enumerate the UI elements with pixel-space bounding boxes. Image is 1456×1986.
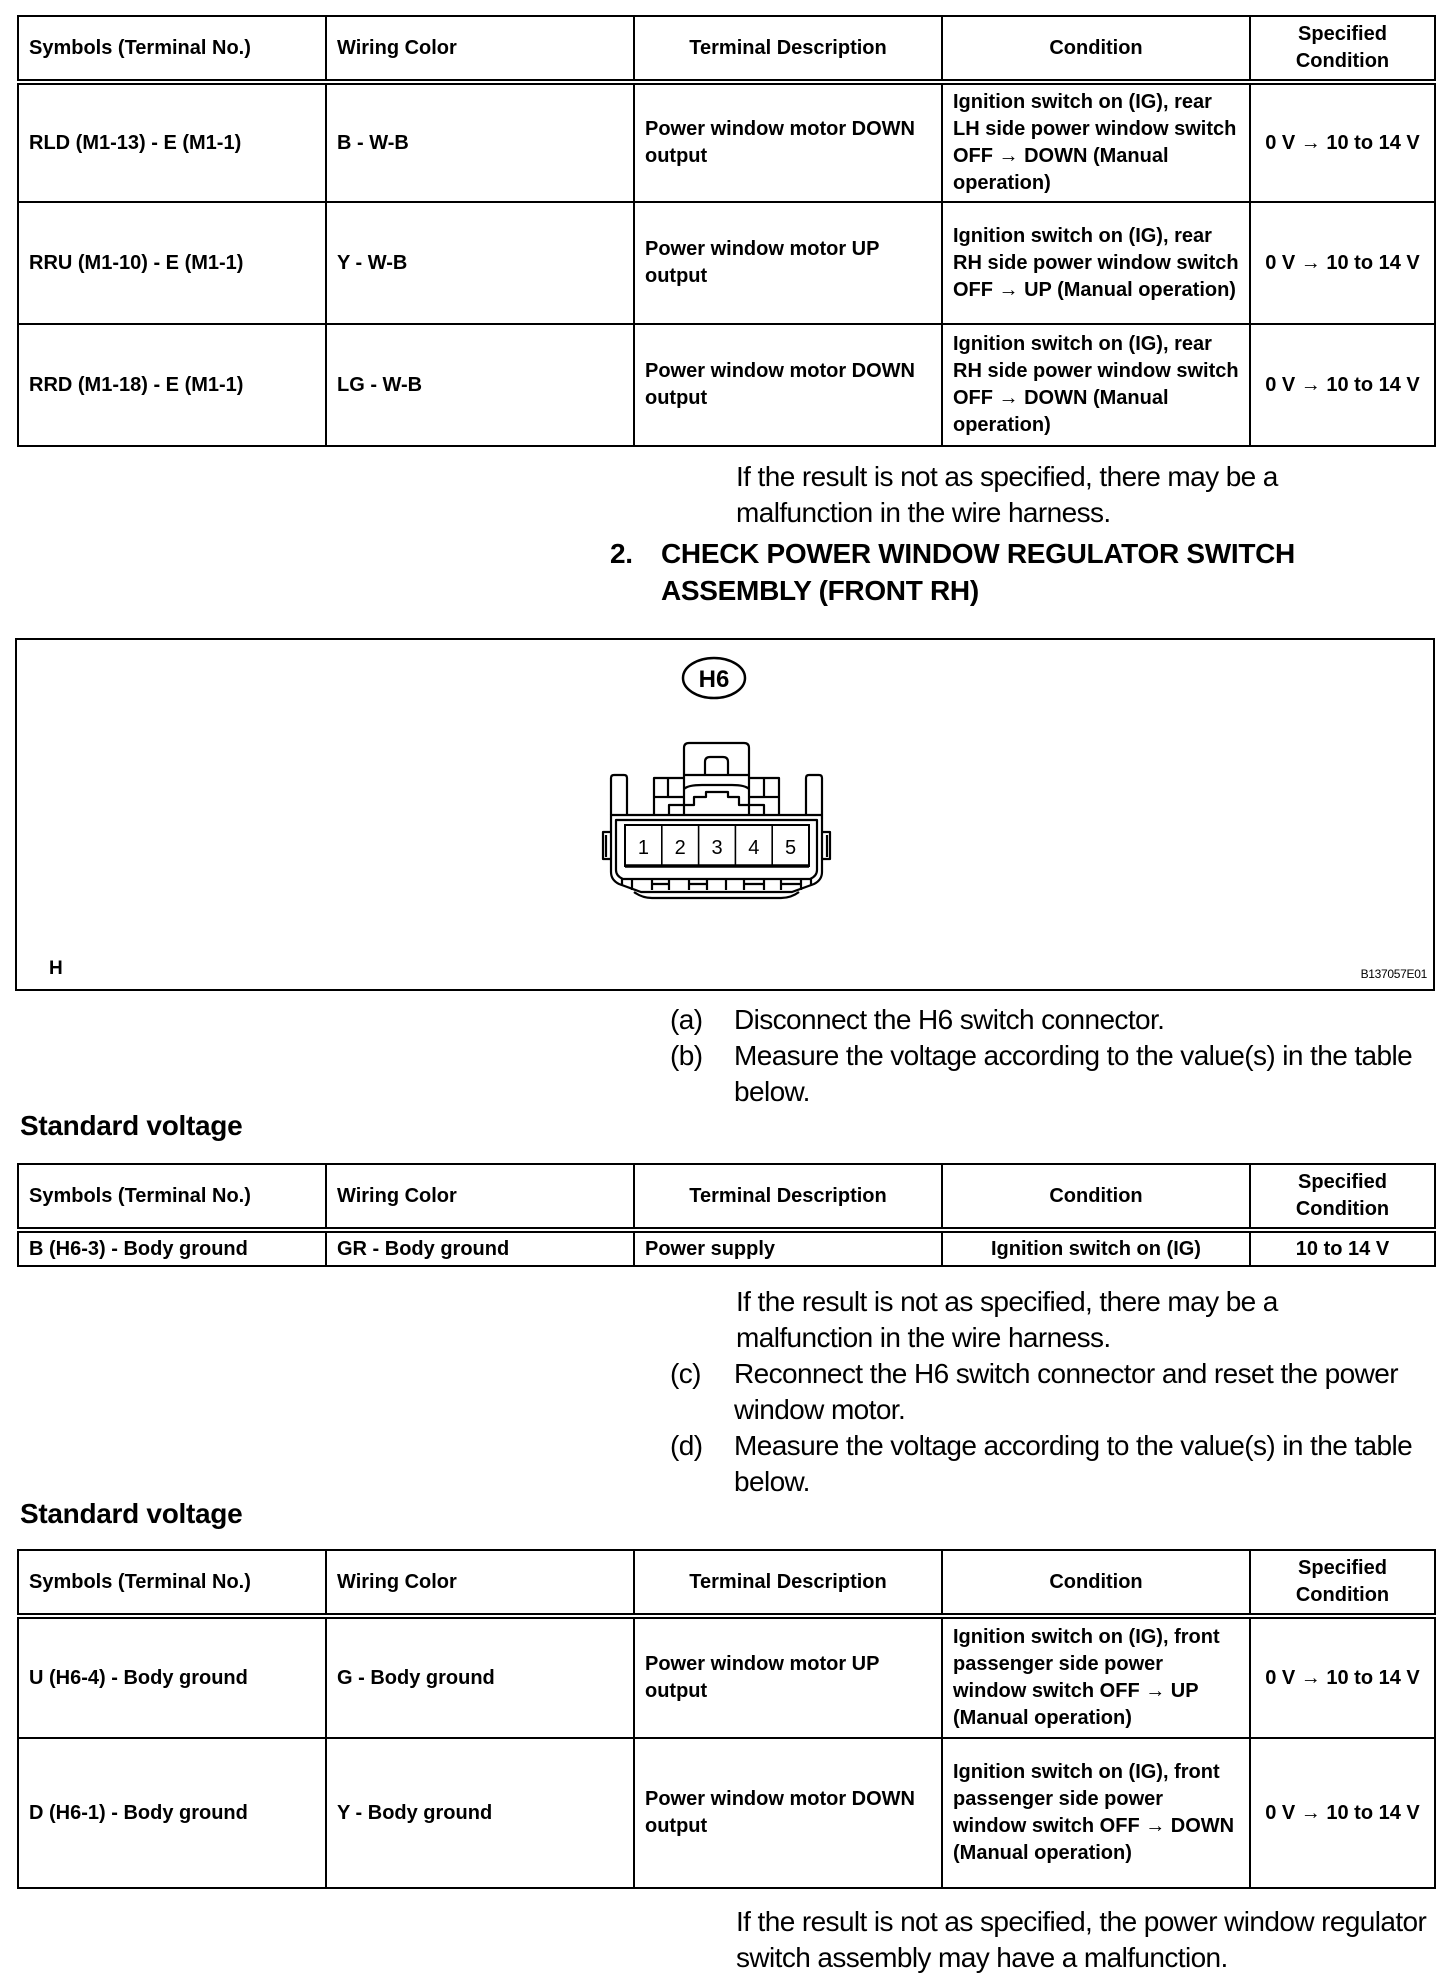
header-specified-condition: Specified Condition	[1250, 1550, 1435, 1616]
cell-terminal-description: Power window motor DOWN output	[634, 324, 942, 446]
table-row: RRD (M1-18) - E (M1-1) LG - W-B Power wi…	[18, 324, 1435, 446]
cell-wiring-color: LG - W-B	[326, 324, 634, 446]
header-wiring-color: Wiring Color	[326, 1550, 634, 1616]
cell-terminal-description: Power window motor UP output	[634, 202, 942, 324]
cell-condition: Ignition switch on (IG), front passenger…	[942, 1738, 1250, 1888]
note-wire-harness-2: If the result is not as specified, there…	[736, 1284, 1416, 1356]
header-terminal-description: Terminal Description	[634, 1550, 942, 1616]
step-text: Measure the voltage according to the val…	[734, 1428, 1454, 1500]
step-text: Measure the voltage according to the val…	[734, 1038, 1454, 1110]
table-row: D (H6-1) - Body ground Y - Body ground P…	[18, 1738, 1435, 1888]
cell-condition: Ignition switch on (IG), rear LH side po…	[942, 82, 1250, 202]
header-terminal-description: Terminal Description	[634, 16, 942, 82]
cell-condition: Ignition switch on (IG), rear RH side po…	[942, 202, 1250, 324]
step-label: (d)	[670, 1428, 702, 1464]
table-header-row: Symbols (Terminal No.) Wiring Color Term…	[18, 16, 1435, 82]
header-condition: Condition	[942, 1550, 1250, 1616]
cell-wiring-color: GR - Body ground	[326, 1230, 634, 1266]
standard-voltage-label: Standard voltage	[20, 1110, 242, 1142]
note-switch-malfunction: If the result is not as specified, the p…	[736, 1904, 1436, 1976]
pin-number: 4	[748, 837, 759, 859]
connector-label-text: H6	[699, 666, 730, 693]
cell-symbol: RRD (M1-18) - E (M1-1)	[18, 324, 326, 446]
pin-number: 5	[785, 837, 796, 859]
table-row: U (H6-4) - Body ground G - Body ground P…	[18, 1616, 1435, 1738]
view-letter: H	[49, 958, 63, 980]
cell-wiring-color: B - W-B	[326, 82, 634, 202]
pin-number: 3	[711, 837, 722, 859]
cell-condition: Ignition switch on (IG), rear RH side po…	[942, 324, 1250, 446]
section-title: CHECK POWER WINDOW REGULATOR SWITCH ASSE…	[661, 535, 1381, 609]
cell-wiring-color: Y - W-B	[326, 202, 634, 324]
cell-specified-condition: 0 V → 10 to 14 V	[1250, 1616, 1435, 1738]
cell-symbol: RRU (M1-10) - E (M1-1)	[18, 202, 326, 324]
pin-number: 1	[638, 837, 649, 859]
step-text: Disconnect the H6 switch connector.	[734, 1002, 1434, 1038]
cell-symbol: U (H6-4) - Body ground	[18, 1616, 326, 1738]
cell-specified-condition: 0 V → 10 to 14 V	[1250, 324, 1435, 446]
header-specified-condition: Specified Condition	[1250, 1164, 1435, 1230]
header-condition: Condition	[942, 1164, 1250, 1230]
cell-wiring-color: Y - Body ground	[326, 1738, 634, 1888]
header-symbols: Symbols (Terminal No.)	[18, 1164, 326, 1230]
cell-specified-condition: 0 V → 10 to 14 V	[1250, 1738, 1435, 1888]
cell-specified-condition: 10 to 14 V	[1250, 1230, 1435, 1266]
figure-code: B137057E01	[1361, 967, 1427, 981]
connector-figure: H6	[15, 638, 1435, 991]
cell-terminal-description: Power window motor DOWN output	[634, 1738, 942, 1888]
step-label: (c)	[670, 1356, 701, 1392]
table-header-row: Symbols (Terminal No.) Wiring Color Term…	[18, 1164, 1435, 1230]
table-row: RLD (M1-13) - E (M1-1) B - W-B Power win…	[18, 82, 1435, 202]
section-number: 2.	[610, 535, 633, 572]
connector-body-icon	[603, 743, 830, 898]
step-label: (a)	[670, 1002, 702, 1038]
note-wire-harness-1: If the result is not as specified, there…	[736, 459, 1416, 531]
step-text: Reconnect the H6 switch connector and re…	[734, 1356, 1434, 1428]
header-wiring-color: Wiring Color	[326, 16, 634, 82]
cell-wiring-color: G - Body ground	[326, 1616, 634, 1738]
cell-condition: Ignition switch on (IG), front passenger…	[942, 1616, 1250, 1738]
connector-diagram: H6	[17, 640, 1433, 989]
header-specified-condition: Specified Condition	[1250, 16, 1435, 82]
cell-specified-condition: 0 V → 10 to 14 V	[1250, 82, 1435, 202]
header-wiring-color: Wiring Color	[326, 1164, 634, 1230]
cell-terminal-description: Power window motor UP output	[634, 1616, 942, 1738]
cell-terminal-description: Power supply	[634, 1230, 942, 1266]
table-row: RRU (M1-10) - E (M1-1) Y - W-B Power win…	[18, 202, 1435, 324]
header-terminal-description: Terminal Description	[634, 1164, 942, 1230]
terminal-voltage-table-power: Symbols (Terminal No.) Wiring Color Term…	[17, 1163, 1436, 1267]
pin-cells: 12345	[625, 825, 809, 866]
cell-symbol: B (H6-3) - Body ground	[18, 1230, 326, 1266]
header-condition: Condition	[942, 16, 1250, 82]
header-symbols: Symbols (Terminal No.)	[18, 16, 326, 82]
cell-condition: Ignition switch on (IG)	[942, 1230, 1250, 1266]
cell-terminal-description: Power window motor DOWN output	[634, 82, 942, 202]
terminal-voltage-table-front: Symbols (Terminal No.) Wiring Color Term…	[17, 1549, 1436, 1889]
cell-symbol: RLD (M1-13) - E (M1-1)	[18, 82, 326, 202]
terminal-voltage-table-rear: Symbols (Terminal No.) Wiring Color Term…	[17, 15, 1436, 447]
table-row: B (H6-3) - Body ground GR - Body ground …	[18, 1230, 1435, 1266]
cell-specified-condition: 0 V → 10 to 14 V	[1250, 202, 1435, 324]
cell-symbol: D (H6-1) - Body ground	[18, 1738, 326, 1888]
table-header-row: Symbols (Terminal No.) Wiring Color Term…	[18, 1550, 1435, 1616]
step-label: (b)	[670, 1038, 702, 1074]
header-symbols: Symbols (Terminal No.)	[18, 1550, 326, 1616]
standard-voltage-label: Standard voltage	[20, 1498, 242, 1530]
pin-number: 2	[675, 837, 686, 859]
